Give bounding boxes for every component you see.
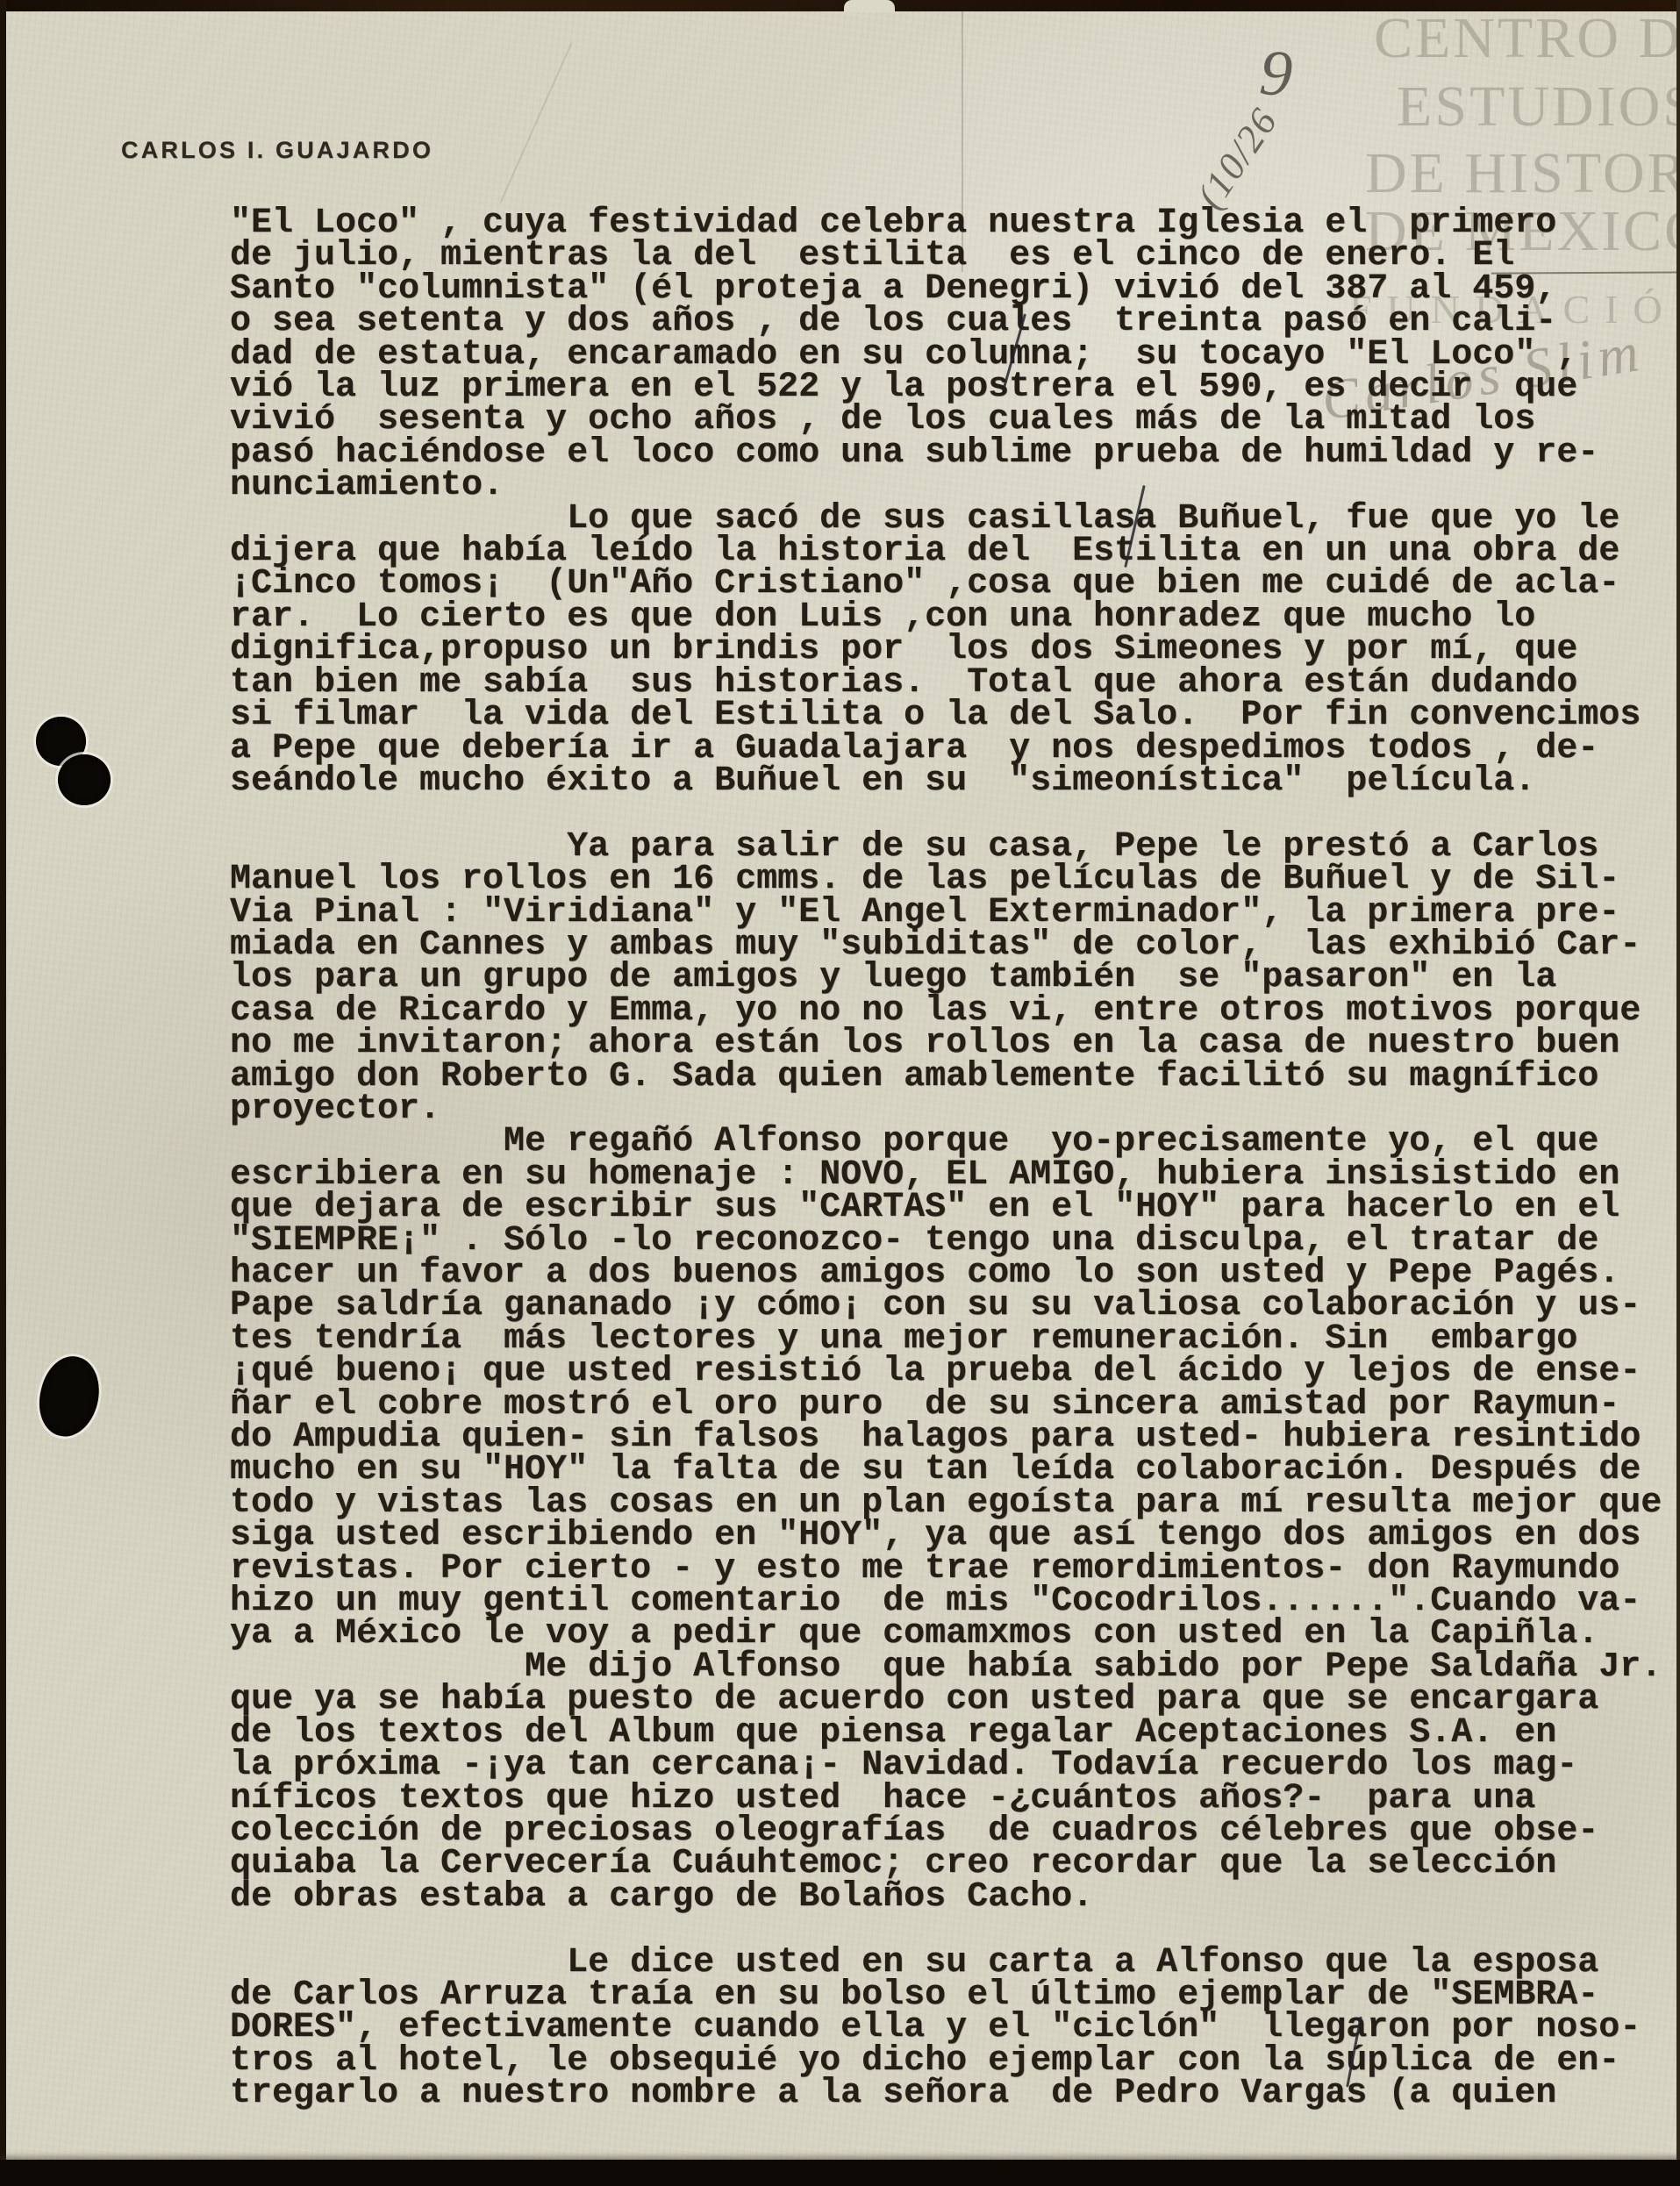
- scan-border-left: [0, 0, 6, 2186]
- watermark-line-centro-de: CENTRO DE: [1374, 5, 1680, 72]
- scan-border-right: [1676, 0, 1680, 2186]
- scan-border-bottom: [0, 2160, 1680, 2186]
- watermark-line-de-historia: DE HISTORIA: [1365, 140, 1680, 207]
- scan-border-top: [0, 0, 1680, 11]
- letterhead-name: CARLOS I. GUAJARDO: [121, 137, 433, 164]
- watermark-line-estudios: ESTUDIOS: [1397, 74, 1680, 140]
- punch-hole: [58, 754, 111, 805]
- scanned-letter-page: CENTRO DE ESTUDIOS DE HISTORIA DE MEXICO…: [0, 0, 1680, 2186]
- pencil-archive-reference: (10/26: [1188, 99, 1287, 217]
- pencil-page-number: 9: [1257, 36, 1295, 112]
- typed-letter-body: "El Loco" , cuya festividad celebra nues…: [230, 207, 1662, 2111]
- paper-tab-notch: [844, 0, 895, 12]
- paper-crease-diagonal: [499, 42, 572, 204]
- punch-hole: [32, 1350, 107, 1442]
